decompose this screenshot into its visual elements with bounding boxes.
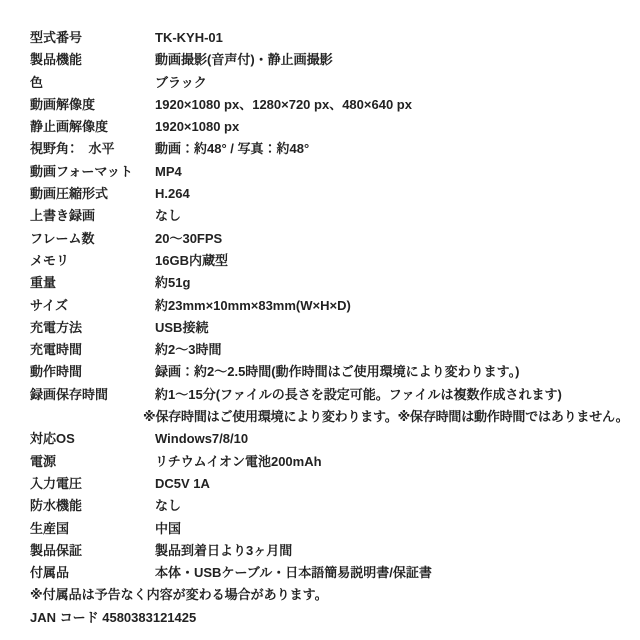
accessories-note: ※付属品は予告なく内容が変わる場合があります。 — [30, 584, 638, 606]
spec-row-color: 色 ブラック — [30, 72, 638, 94]
spec-value: 1920×1080 px — [155, 116, 638, 138]
spec-label: 充電方法 — [30, 317, 155, 339]
spec-row-frame-rate: フレーム数 20〜30FPS — [30, 228, 638, 250]
spec-label: 型式番号 — [30, 27, 155, 49]
spec-row-power-source: 電源 リチウムイオン電池200mAh — [30, 451, 638, 473]
spec-row-overwrite-recording: 上書き録画 なし — [30, 205, 638, 227]
note-text: ※保存時間はご使用環境により変わります。※保存時間は動作時間ではありません。 — [143, 406, 628, 428]
spec-value: DC5V 1A — [155, 473, 638, 495]
spec-value: 16GB内蔵型 — [155, 250, 638, 272]
spec-label: 色 — [30, 72, 155, 94]
spec-label: 付属品 — [30, 562, 155, 584]
spec-value: 約1〜15分(ファイルの長さを設定可能。ファイルは複数作成されます) — [155, 384, 638, 406]
spec-label: 重量 — [30, 272, 155, 294]
spec-row-operating-time: 動作時間 録画：約2〜2.5時間(動作時間はご使用環境により変わります。) — [30, 361, 638, 383]
spec-value: 1920×1080 px、1280×720 px、480×640 px — [155, 94, 638, 116]
spec-value: 約23mm×10mm×83mm(W×H×D) — [155, 295, 638, 317]
spec-row-accessories: 付属品 本体・USBケーブル・日本語簡易説明書/保証書 — [30, 562, 638, 584]
spec-row-warranty: 製品保証 製品到着日より3ヶ月間 — [30, 540, 638, 562]
jan-code-text: JAN コード 4580383121425 — [30, 607, 196, 629]
note-text: ※付属品は予告なく内容が変わる場合があります。 — [30, 584, 328, 606]
spec-row-video-format: 動画フォーマット MP4 — [30, 161, 638, 183]
spec-value: MP4 — [155, 161, 638, 183]
spec-label: 動画圧縮形式 — [30, 183, 155, 205]
spec-value: 録画：約2〜2.5時間(動作時間はご使用環境により変わります。) — [155, 361, 638, 383]
spec-label: 入力電圧 — [30, 473, 155, 495]
spec-value: Windows7/8/10 — [155, 428, 638, 450]
spec-label: 録画保存時間 — [30, 384, 155, 406]
spec-value: 約2〜3時間 — [155, 339, 638, 361]
spec-label: 上書き録画 — [30, 205, 155, 227]
spec-value: ブラック — [155, 72, 638, 94]
spec-value: TK-KYH-01 — [155, 27, 638, 49]
spec-value: 動画：約48° / 写真：約48° — [155, 138, 638, 160]
spec-row-supported-os: 対応OS Windows7/8/10 — [30, 428, 638, 450]
spec-row-size: サイズ 約23mm×10mm×83mm(W×H×D) — [30, 295, 638, 317]
spec-label: 製品機能 — [30, 49, 155, 71]
spec-row-charging-time: 充電時間 約2〜3時間 — [30, 339, 638, 361]
spec-row-video-compression: 動画圧縮形式 H.264 — [30, 183, 638, 205]
spec-label: 生産国 — [30, 518, 155, 540]
spec-label: 静止画解像度 — [30, 116, 155, 138]
spec-row-still-resolution: 静止画解像度 1920×1080 px — [30, 116, 638, 138]
spec-label: 視野角： 水平 — [30, 138, 155, 160]
spec-value: 20〜30FPS — [155, 228, 638, 250]
spec-row-memory: メモリ 16GB内蔵型 — [30, 250, 638, 272]
spec-row-charging-method: 充電方法 USB接続 — [30, 317, 638, 339]
spec-row-weight: 重量 約51g — [30, 272, 638, 294]
spec-row-viewing-angle: 視野角： 水平 動画：約48° / 写真：約48° — [30, 138, 638, 160]
spec-value: なし — [155, 495, 638, 517]
spec-value: 約51g — [155, 272, 638, 294]
spec-value: なし — [155, 205, 638, 227]
spec-label: 対応OS — [30, 428, 155, 450]
spec-value: 本体・USBケーブル・日本語簡易説明書/保証書 — [155, 562, 638, 584]
spec-row-recording-save-time: 録画保存時間 約1〜15分(ファイルの長さを設定可能。ファイルは複数作成されます… — [30, 384, 638, 406]
spec-row-model-number: 型式番号 TK-KYH-01 — [30, 27, 638, 49]
spec-row-product-function: 製品機能 動画撮影(音声付)・静止画撮影 — [30, 49, 638, 71]
spec-value: 製品到着日より3ヶ月間 — [155, 540, 638, 562]
spec-label: サイズ — [30, 295, 155, 317]
spec-value: 動画撮影(音声付)・静止画撮影 — [155, 49, 638, 71]
save-time-note: ※保存時間はご使用環境により変わります。※保存時間は動作時間ではありません。 — [30, 406, 638, 428]
spec-label: 電源 — [30, 451, 155, 473]
spec-label: 動画解像度 — [30, 94, 155, 116]
jan-code: JAN コード 4580383121425 — [30, 607, 638, 629]
spec-label: フレーム数 — [30, 228, 155, 250]
spec-label: 動画フォーマット — [30, 161, 155, 183]
spec-row-input-voltage: 入力電圧 DC5V 1A — [30, 473, 638, 495]
spec-row-country-of-origin: 生産国 中国 — [30, 518, 638, 540]
spec-value: 中国 — [155, 518, 638, 540]
spec-row-waterproof: 防水機能 なし — [30, 495, 638, 517]
spec-label: 動作時間 — [30, 361, 155, 383]
spec-value: H.264 — [155, 183, 638, 205]
spec-label: メモリ — [30, 250, 155, 272]
spec-value: リチウムイオン電池200mAh — [155, 451, 638, 473]
spec-value: USB接続 — [155, 317, 638, 339]
spec-label: 充電時間 — [30, 339, 155, 361]
product-spec-sheet: 型式番号 TK-KYH-01 製品機能 動画撮影(音声付)・静止画撮影 色 ブラ… — [0, 0, 640, 640]
spec-label: 防水機能 — [30, 495, 155, 517]
spec-row-video-resolution: 動画解像度 1920×1080 px、1280×720 px、480×640 p… — [30, 94, 638, 116]
spec-label: 製品保証 — [30, 540, 155, 562]
